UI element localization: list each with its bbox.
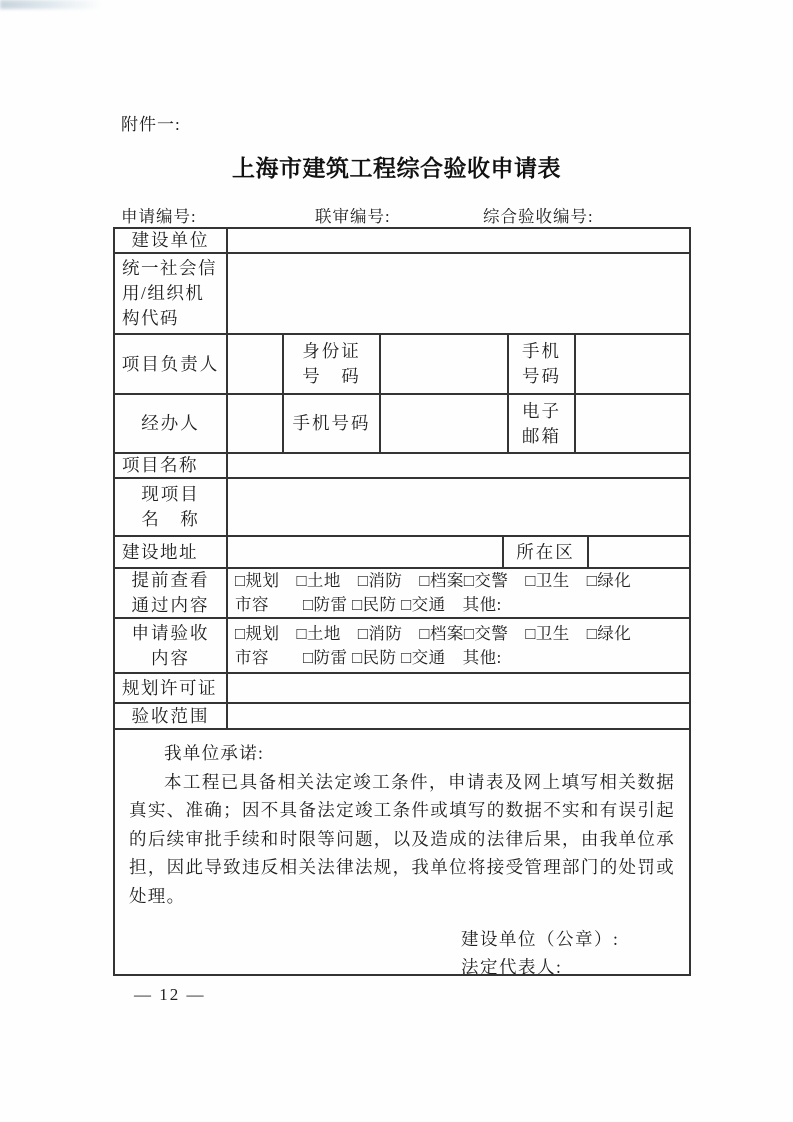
pre-review-label-cell: 提前查看 通过内容 [115, 569, 228, 617]
row-commitment: 我单位承诺: 本工程已具备相关法定竣工条件，申请表及网上填写相关数据真实、准确；… [115, 730, 689, 974]
commitment-body: 本工程已具备相关法定竣工条件，申请表及网上填写相关数据真实、准确；因不具备法定竣… [129, 768, 675, 911]
leader-mobile-value-cell [576, 335, 689, 393]
construction-address-label-cell: 建设地址 [115, 537, 228, 567]
district-label-cell: 所在区 [504, 537, 589, 567]
signature-block: 建设单位（公章）: 法定代表人: 经办人: 日期: [461, 925, 675, 974]
row-construction-address: 建设地址 所在区 [115, 537, 689, 569]
handler-name-cell [228, 395, 284, 452]
row-acceptance-scope: 验收范围 [115, 704, 689, 730]
scan-artifact-top-left [0, 0, 108, 9]
handler-label-cell: 经办人 [115, 395, 228, 452]
district-value-cell [589, 537, 689, 567]
unit-seal-line: 建设单位（公章）: [461, 925, 675, 953]
current-project-name-value-cell [228, 479, 689, 535]
row-acceptance-apply-content: 申请验收 内容 □规划 □土地 □消防 □档案□交警 □卫生 □绿化 市容 □防… [115, 619, 689, 674]
acceptance-apply-checkbox-cell: □规划 □土地 □消防 □档案□交警 □卫生 □绿化 市容 □防雷 □民防 □交… [228, 619, 689, 672]
row-construction-unit: 建设单位 [115, 229, 689, 254]
commitment-cell: 我单位承诺: 本工程已具备相关法定竣工条件，申请表及网上填写相关数据真实、准确；… [115, 730, 689, 974]
project-leader-name-cell [228, 335, 284, 393]
application-number-label: 申请编号: [121, 203, 197, 227]
handler-mobile-value-cell [381, 395, 509, 452]
row-credit-code: 统一社会信 用/组织机 构代码 [115, 254, 689, 335]
row-project-leader: 项目负责人 身份证 号 码 手机 号码 [115, 335, 689, 395]
row-pre-review-content: 提前查看 通过内容 □规划 □土地 □消防 □档案□交警 □卫生 □绿化 市容 … [115, 569, 689, 619]
attachment-label: 附件一: [121, 110, 181, 135]
legal-representative-line: 法定代表人: [461, 953, 675, 974]
planning-permit-value-cell [228, 674, 689, 702]
pre-review-checkbox-line1: □规划 □土地 □消防 □档案□交警 □卫生 □绿化 [235, 569, 631, 593]
id-number-value-cell [381, 335, 509, 393]
planning-permit-label-cell: 规划许可证 [115, 674, 228, 702]
acceptance-apply-checkbox-line1: □规划 □土地 □消防 □档案□交警 □卫生 □绿化 [235, 622, 631, 646]
form-title: 上海市建筑工程综合验收申请表 [0, 150, 793, 183]
credit-code-label-cell: 统一社会信 用/组织机 构代码 [115, 254, 228, 333]
handler-mobile-label-cell: 手机号码 [284, 395, 381, 452]
construction-address-value-cell [228, 537, 504, 567]
pre-review-checkbox-line2: 市容 □防雷 □民防 □交通 其他: [235, 593, 502, 617]
comprehensive-acceptance-number-label: 综合验收编号: [483, 203, 594, 227]
project-name-label-cell: 项目名称 [115, 454, 228, 477]
application-form-table: 建设单位 统一社会信 用/组织机 构代码 项目负责人 身份证 号 码 手机 号码… [113, 227, 691, 976]
acceptance-scope-value-cell [228, 704, 689, 728]
credit-code-value-cell [228, 254, 689, 333]
construction-unit-label-cell: 建设单位 [115, 229, 228, 252]
row-current-project-name: 现项目 名 称 [115, 479, 689, 537]
id-number-label-cell: 身份证 号 码 [284, 335, 381, 393]
acceptance-scope-label-cell: 验收范围 [115, 704, 228, 728]
project-leader-label-cell: 项目负责人 [115, 335, 228, 393]
row-project-name: 项目名称 [115, 454, 689, 479]
leader-mobile-label-cell: 手机 号码 [509, 335, 576, 393]
row-planning-permit: 规划许可证 [115, 674, 689, 704]
pre-review-checkbox-cell: □规划 □土地 □消防 □档案□交警 □卫生 □绿化 市容 □防雷 □民防 □交… [228, 569, 689, 617]
email-label-cell: 电子 邮箱 [509, 395, 576, 452]
construction-unit-value-cell [228, 229, 689, 252]
acceptance-apply-label-cell: 申请验收 内容 [115, 619, 228, 672]
acceptance-apply-checkbox-line2: 市容 □防雷 □民防 □交通 其他: [235, 646, 502, 670]
page-number: — 12 — [134, 985, 206, 1005]
email-value-cell [576, 395, 689, 452]
row-handler: 经办人 手机号码 电子 邮箱 [115, 395, 689, 454]
number-fields-row: 申请编号: 联审编号: 综合验收编号: [0, 203, 793, 227]
current-project-name-label-cell: 现项目 名 称 [115, 479, 228, 535]
project-name-value-cell [228, 454, 689, 477]
joint-review-number-label: 联审编号: [315, 203, 391, 227]
scanned-document-page: 附件一: 上海市建筑工程综合验收申请表 申请编号: 联审编号: 综合验收编号: … [0, 0, 793, 1122]
commitment-heading: 我单位承诺: [129, 739, 675, 768]
